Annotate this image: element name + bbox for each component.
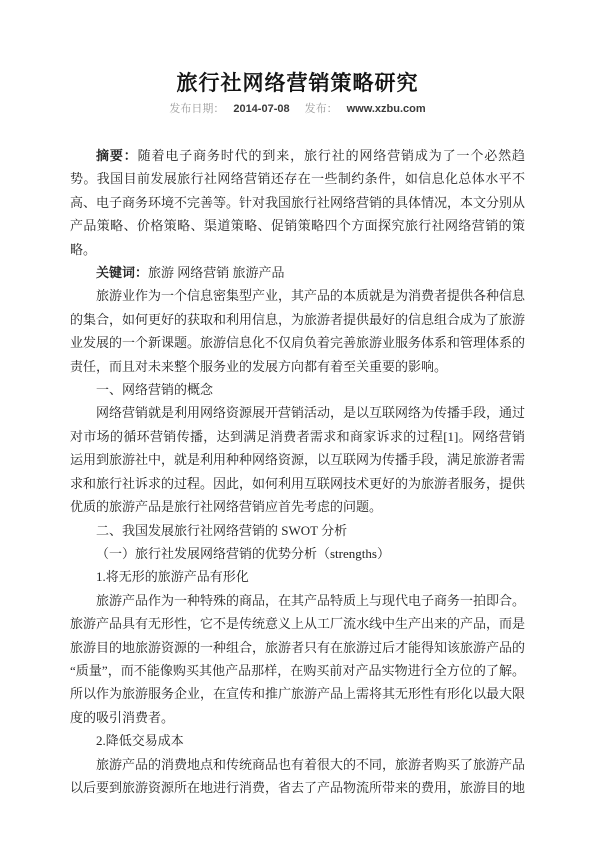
publisher-label: 发布： [305, 102, 338, 117]
abstract-paragraph: 摘要：随着电子商务时代的到来，旅行社的网络营销成为了一个必然趋势。我国目前发展旅… [70, 144, 525, 261]
keywords-label: 关键词： [96, 265, 148, 280]
abstract-text: 随着电子商务时代的到来，旅行社的网络营销成为了一个必然趋势。我国目前发展旅行社网… [70, 148, 525, 257]
section2-point1-paragraph: 旅游产品作为一种特殊的商品，在其产品特质上与现代电子商务一拍即合。旅游产品具有无… [70, 589, 525, 729]
keywords-text: 旅游 网络营销 旅游产品 [148, 265, 285, 280]
publisher-site-text: www.xzbu.com [347, 102, 426, 117]
intro-paragraph: 旅游业作为一个信息密集型产业，其产品的本质就是为消费者提供各种信息的集合，如何更… [70, 284, 525, 378]
section2-point2-heading: 2.降低交易成本 [70, 729, 525, 752]
abstract-label: 摘要： [96, 148, 138, 163]
section1-paragraph: 网络营销就是利用网络资源展开营销活动，是以互联网络为传播手段，通过对市场的循环营… [70, 401, 525, 518]
publish-date-label: 发布日期： [169, 102, 224, 117]
page-title: 旅行社网络营销策略研究 [70, 70, 525, 97]
section1-heading: 一、网络营销的概念 [70, 378, 525, 401]
document-page: 旅行社网络营销策略研究 发布日期： 2014-07-08 发布： www.xzb… [0, 0, 595, 842]
section2-sub1-heading: （一）旅行社发展网络营销的优势分析（strengths） [70, 542, 525, 565]
article-body: 摘要：随着电子商务时代的到来，旅行社的网络营销成为了一个必然趋势。我国目前发展旅… [70, 144, 525, 799]
section2-point2-paragraph: 旅游产品的消费地点和传统商品也有着很大的不同，旅游者购买了旅游产品以后要到旅游资… [70, 753, 525, 800]
publish-meta: 发布日期： 2014-07-08 发布： www.xzbu.com [70, 102, 525, 117]
section2-heading: 二、我国发展旅行社网络营销的 SWOT 分析 [70, 519, 525, 542]
section2-point1-heading: 1.将无形的旅游产品有形化 [70, 565, 525, 588]
keywords-line: 关键词：旅游 网络营销 旅游产品 [70, 261, 525, 284]
publish-date-value: 2014-07-08 [233, 102, 289, 117]
